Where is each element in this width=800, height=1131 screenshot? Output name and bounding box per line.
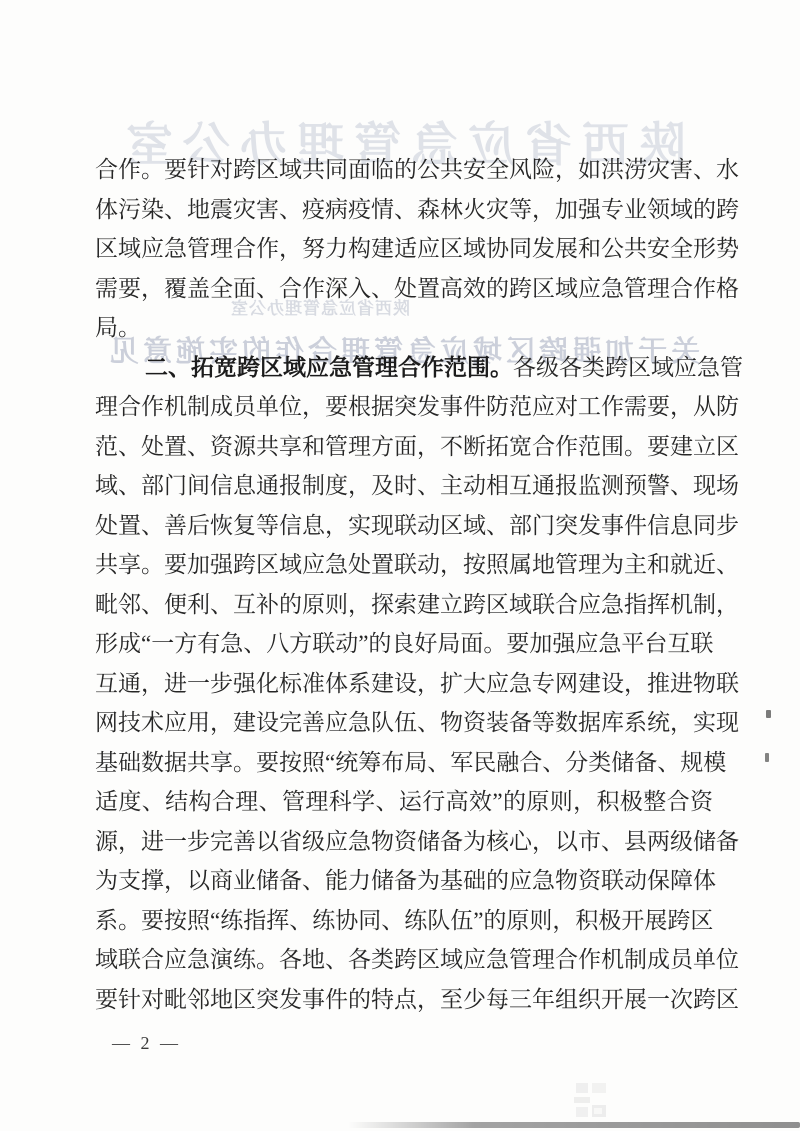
text-line: 源，进一步完善以省级应急物资储备为核心，以市、县两级储备 bbox=[95, 822, 713, 862]
paragraph-1: 合作。要针对跨区域共同面临的公共安全风险，如洪涝灾害、水体污染、地震灾害、疫病疫… bbox=[95, 150, 713, 348]
section-2-heading: 二、拓宽跨区域应急管理合作范围。 bbox=[145, 355, 513, 380]
text-line: 需要，覆盖全面、合作深入、处置高效的跨区域应急管理合作格 bbox=[95, 269, 713, 309]
text-line: 体污染、地震灾害、疫病疫情、森林火灾等，加强专业领域的跨 bbox=[95, 190, 713, 230]
text-line: 共享。要加强跨区域应急处置联动，按照属地管理为主和就近、 bbox=[95, 545, 713, 585]
text-line: 域联合应急演练。各地、各类跨区域应急管理合作机制成员单位 bbox=[95, 940, 713, 980]
text-line: 要针对毗邻地区突发事件的特点，至少每三年组织开展一次跨区 bbox=[95, 980, 713, 1020]
paragraph-2: 理合作机制成员单位，要根据突发事件防范应对工作需要，从防范、处置、资源共享和管理… bbox=[95, 387, 713, 1019]
scan-artifact-grid-pattern bbox=[574, 1083, 608, 1117]
scanned-document-page: 陕西省应急管理办公室 陕西省应急管理办公室 关于加强跨区域应急管理合作的实施意见… bbox=[0, 0, 800, 1131]
text-line: 为支撑，以商业储备、能力储备为基础的应急物资联动保障体 bbox=[95, 861, 713, 901]
text-line: 处置、善后恢复等信息，实现联动区域、部门突发事件信息同步 bbox=[95, 506, 713, 546]
section-2-heading-line: 二、拓宽跨区域应急管理合作范围。各级各类跨区域应急管 bbox=[95, 348, 713, 388]
text-line: 区域应急管理合作，努力构建适应区域协同发展和公共安全形势 bbox=[95, 229, 713, 269]
scan-speck bbox=[766, 710, 771, 718]
text-line: 局。 bbox=[95, 308, 713, 348]
text-line: 形成“一方有急、八方联动”的良好局面。要加强应急平台互联 bbox=[95, 624, 713, 664]
page-number: — 2 — bbox=[112, 1033, 181, 1054]
section-2-heading-tail: 各级各类跨区域应急管 bbox=[513, 355, 743, 380]
text-line: 适度、结构合理、管理科学、运行高效”的原则，积极整合资 bbox=[95, 782, 713, 822]
text-line: 合作。要针对跨区域共同面临的公共安全风险，如洪涝灾害、水 bbox=[95, 150, 713, 190]
text-line: 系。要按照“练指挥、练协同、练队伍”的原则，积极开展跨区 bbox=[95, 901, 713, 941]
text-line: 毗邻、便利、互补的原则，探索建立跨区域联合应急指挥机制， bbox=[95, 585, 713, 625]
scan-speck bbox=[765, 753, 769, 762]
text-line: 理合作机制成员单位，要根据突发事件防范应对工作需要，从防 bbox=[95, 387, 713, 427]
text-line: 互通，进一步强化标准体系建设，扩大应急专网建设，推进物联 bbox=[95, 664, 713, 704]
text-line: 网技术应用，建设完善应急队伍、物资装备等数据库系统，实现 bbox=[95, 703, 713, 743]
scan-edge-shadow-bar bbox=[348, 1122, 800, 1128]
text-line: 域、部门间信息通报制度，及时、主动相互通报监测预警、现场 bbox=[95, 466, 713, 506]
text-line: 基础数据共享。要按照“统筹布局、军民融合、分类储备、规模 bbox=[95, 743, 713, 783]
text-line: 范、处置、资源共享和管理方面，不断拓宽合作范围。要建立区 bbox=[95, 427, 713, 467]
document-body: 合作。要针对跨区域共同面临的公共安全风险，如洪涝灾害、水体污染、地震灾害、疫病疫… bbox=[95, 150, 713, 1019]
